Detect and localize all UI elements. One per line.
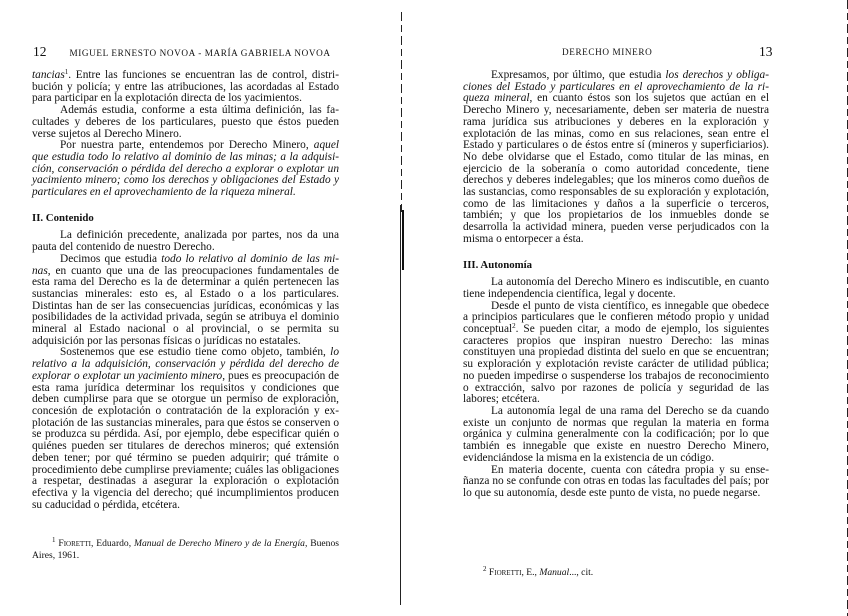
paragraph: Por nuestra parte, entendemos por Derech… bbox=[32, 140, 339, 199]
footnote-title: Manual de Derecho Minero y de la Energía bbox=[134, 538, 305, 549]
running-head-left: 12MIGUEL ERNESTO NOVOA - MARÍA GABRIELA … bbox=[33, 45, 331, 60]
gutter-scan-edge bbox=[400, 205, 401, 605]
right-page: DERECHO MINERO 13 Expresamos, por último… bbox=[402, 0, 848, 616]
running-head-right: DERECHO MINERO bbox=[562, 45, 652, 59]
paragraph: La definición precedente, analizada por … bbox=[32, 230, 339, 253]
footnote-title: Manual bbox=[539, 567, 569, 578]
text-run: Decimos que estudia bbox=[60, 253, 161, 265]
running-head-title: DERECHO MINERO bbox=[562, 47, 652, 57]
italic-text: tancias bbox=[32, 69, 65, 81]
text-run: , en cuanto que una de las preocupacione… bbox=[32, 265, 339, 347]
footnote-author: Fioretti bbox=[489, 567, 522, 578]
running-head-authors: MIGUEL ERNESTO NOVOA - MARÍA GABRIELA NO… bbox=[70, 48, 331, 58]
text-run: En materia docente, cuenta con cátedra p… bbox=[463, 464, 769, 499]
text-run: Además estudia, conforme a esta última d… bbox=[32, 104, 339, 139]
paragraph: tancias1. Entre las funciones se encuent… bbox=[32, 70, 339, 105]
footnote-number: 2 bbox=[483, 565, 487, 573]
text-run: , pues es preocupación de esta rama jurí… bbox=[32, 370, 339, 511]
footnote-1: 1 Fioretti, Eduardo, Manual de Derecho M… bbox=[32, 538, 339, 561]
paragraph: En materia docente, cuenta con cátedra p… bbox=[463, 465, 769, 500]
text-run: . Se pueden citar, a modo de ejemplo, lo… bbox=[463, 323, 769, 405]
text-run: Sostenemos que ese estudio tiene como ob… bbox=[60, 346, 330, 358]
paragraph: La autonomía del Derecho Minero es indis… bbox=[463, 277, 769, 300]
paragraph: La autonomía legal de una rama del Derec… bbox=[463, 406, 769, 465]
text-run: , en cuanto éstos son los sujetos que ac… bbox=[463, 92, 769, 244]
paragraph: Decimos que estudia todo lo relativo al … bbox=[32, 254, 339, 348]
body-text-right: Expresamos, por último, que estudia los … bbox=[463, 70, 769, 500]
text-run: . Entre las funciones se encuentran las … bbox=[32, 69, 339, 104]
footnote-author: Fioretti bbox=[58, 538, 91, 549]
text-run: Por nuestra parte, entendemos por Derech… bbox=[60, 139, 314, 151]
page-number: 12 bbox=[33, 44, 47, 59]
gutter-scan-edge bbox=[401, 12, 402, 212]
footnote-text: ..., cit. bbox=[569, 567, 593, 578]
body-text-left: tancias1. Entre las funciones se encuent… bbox=[32, 70, 339, 511]
text-run: III. Autonomía bbox=[463, 259, 532, 271]
section-heading: II. Contenido bbox=[32, 213, 339, 225]
text-run: La autonomía del Derecho Minero es indis… bbox=[463, 276, 769, 300]
text-run: La definición precedente, analizada por … bbox=[32, 229, 339, 253]
left-page: 12MIGUEL ERNESTO NOVOA - MARÍA GABRIELA … bbox=[0, 0, 400, 616]
text-run: La autonomía legal de una rama del Derec… bbox=[463, 405, 769, 464]
footnote-number: 1 bbox=[52, 536, 56, 544]
text-run: II. Contenido bbox=[32, 212, 94, 224]
paragraph: Desde el punto de vista científico, es i… bbox=[463, 301, 769, 406]
paragraph: Sostenemos que ese estudio tiene como ob… bbox=[32, 347, 339, 511]
paragraph: Además estudia, conforme a esta última d… bbox=[32, 105, 339, 140]
section-heading: III. Autonomía bbox=[463, 260, 769, 272]
footnote-2: 2 Fioretti, E., Manual..., cit. bbox=[463, 567, 769, 579]
page-number: 13 bbox=[759, 45, 773, 59]
footnote-text: , E., bbox=[521, 567, 539, 578]
paragraph: Expresamos, por último, que estudia los … bbox=[463, 70, 769, 246]
text-run: Expresamos, por último, que estudia bbox=[491, 69, 665, 81]
footnote-text: , Eduardo, bbox=[91, 538, 134, 549]
gutter-scan-shadow bbox=[402, 210, 404, 270]
